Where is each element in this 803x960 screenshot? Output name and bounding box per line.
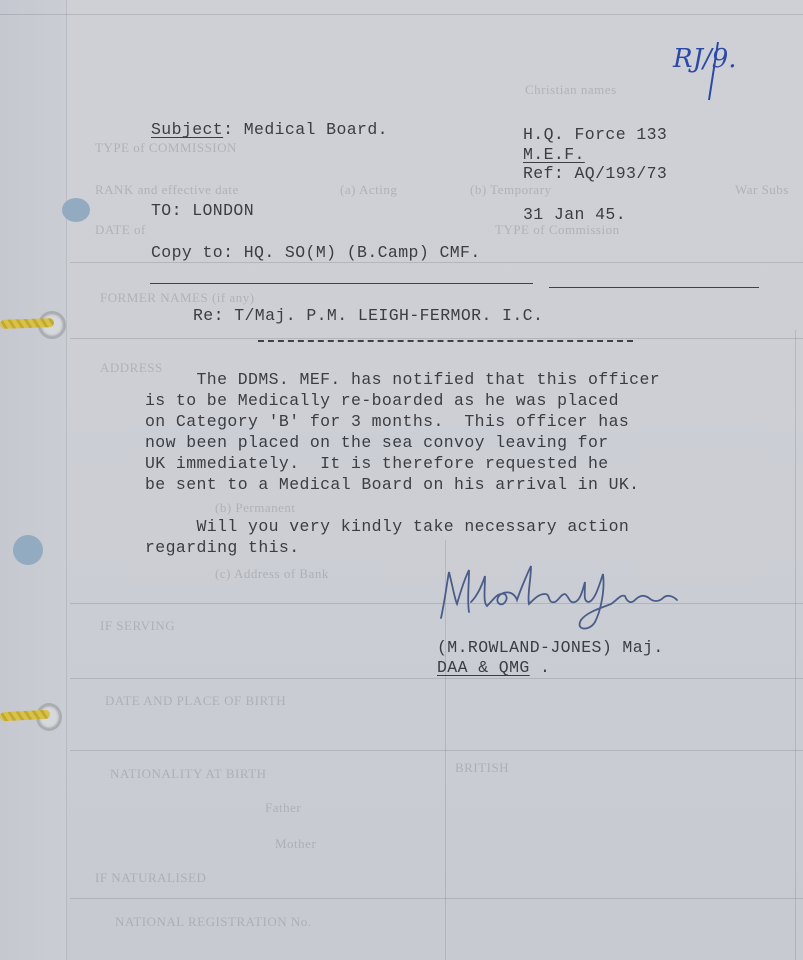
file-reference-annotation: RJ/9.: [673, 44, 737, 74]
ghost-label: Christian names: [525, 82, 617, 98]
ghost-label: TYPE of COMMISSION: [95, 140, 237, 156]
annotation-text: RJ/9.: [673, 44, 737, 74]
subject-line: Subject: Medical Board.: [151, 120, 388, 139]
subject-value: : Medical Board.: [223, 120, 388, 139]
page-edge: [66, 0, 67, 960]
handwritten-signature-icon: [435, 560, 695, 635]
ghost-column-rule: [795, 330, 796, 960]
reference-number: Ref: AQ/193/73: [523, 164, 667, 183]
body-line: regarding this.: [145, 538, 300, 557]
signatory-title-suffix: .: [530, 658, 551, 677]
ghost-label: (a) Acting: [340, 182, 397, 198]
subject-label: Subject: [151, 120, 223, 139]
body-line: UK immediately. It is therefore requeste…: [145, 454, 609, 473]
handwritten-slash-icon: [706, 40, 720, 102]
sender-command: M.E.F.: [523, 145, 585, 164]
body-line: The DDMS. MEF. has notified that this of…: [145, 370, 660, 389]
re-underline: [258, 340, 633, 342]
ghost-rule: [70, 678, 803, 679]
ghost-label: DATE AND PLACE OF BIRTH: [105, 693, 286, 709]
recipient: TO: LONDON: [151, 201, 254, 220]
sender-unit: H.Q. Force 133: [523, 125, 667, 144]
ghost-rule: [70, 898, 803, 899]
ghost-rule: [70, 338, 803, 339]
copy-to: Copy to: HQ. SO(M) (B.Camp) CMF.: [151, 243, 481, 262]
ghost-label: DATE of: [95, 222, 146, 238]
ghost-rule: [70, 750, 803, 751]
body-line: is to be Medically re-boarded as he was …: [145, 391, 619, 410]
ghost-label: FORMER NAMES (if any): [100, 290, 255, 306]
ghost-label: IF NATURALISED: [95, 870, 206, 886]
divider-rule: [150, 283, 533, 284]
ghost-label: RANK and effective date: [95, 182, 239, 198]
ghost-label: Mother: [275, 836, 316, 852]
punch-hole: [62, 198, 90, 222]
ghost-label: BRITISH: [455, 760, 509, 776]
document-page: Christian names TYPE of COMMISSION RANK …: [0, 0, 803, 960]
signatory-title: DAA & QMG: [437, 658, 530, 677]
page-margin: [0, 0, 66, 960]
body-line: Will you very kindly take necessary acti…: [145, 517, 629, 536]
ghost-rule: [0, 14, 803, 15]
ghost-label: IF SERVING: [100, 618, 175, 634]
body-line: be sent to a Medical Board on his arriva…: [145, 475, 639, 494]
ghost-label: TYPE of Commission: [495, 222, 620, 238]
body-line: on Category 'B' for 3 months. This offic…: [145, 412, 629, 431]
body-line: now been placed on the sea convoy leavin…: [145, 433, 609, 452]
punch-hole: [13, 535, 43, 565]
letter-date: 31 Jan 45.: [523, 205, 626, 224]
letter-body: The DDMS. MEF. has notified that this of…: [145, 369, 785, 558]
ghost-label: NATIONAL REGISTRATION No.: [115, 914, 312, 930]
signatory-name: (M.ROWLAND-JONES) Maj.: [437, 638, 664, 657]
re-line: Re: T/Maj. P.M. LEIGH-FERMOR. I.C.: [193, 306, 543, 325]
divider-rule: [549, 287, 759, 288]
ghost-label: (c) Address of Bank: [215, 566, 329, 582]
ghost-label: War Subs: [735, 182, 789, 198]
ghost-label: Father: [265, 800, 301, 816]
ghost-label: NATIONALITY AT BIRTH: [110, 766, 267, 782]
binding-string: [0, 318, 54, 329]
ghost-rule: [70, 262, 803, 263]
ghost-label: (b) Temporary: [470, 182, 552, 198]
signatory-title-line: DAA & QMG .: [437, 658, 550, 677]
